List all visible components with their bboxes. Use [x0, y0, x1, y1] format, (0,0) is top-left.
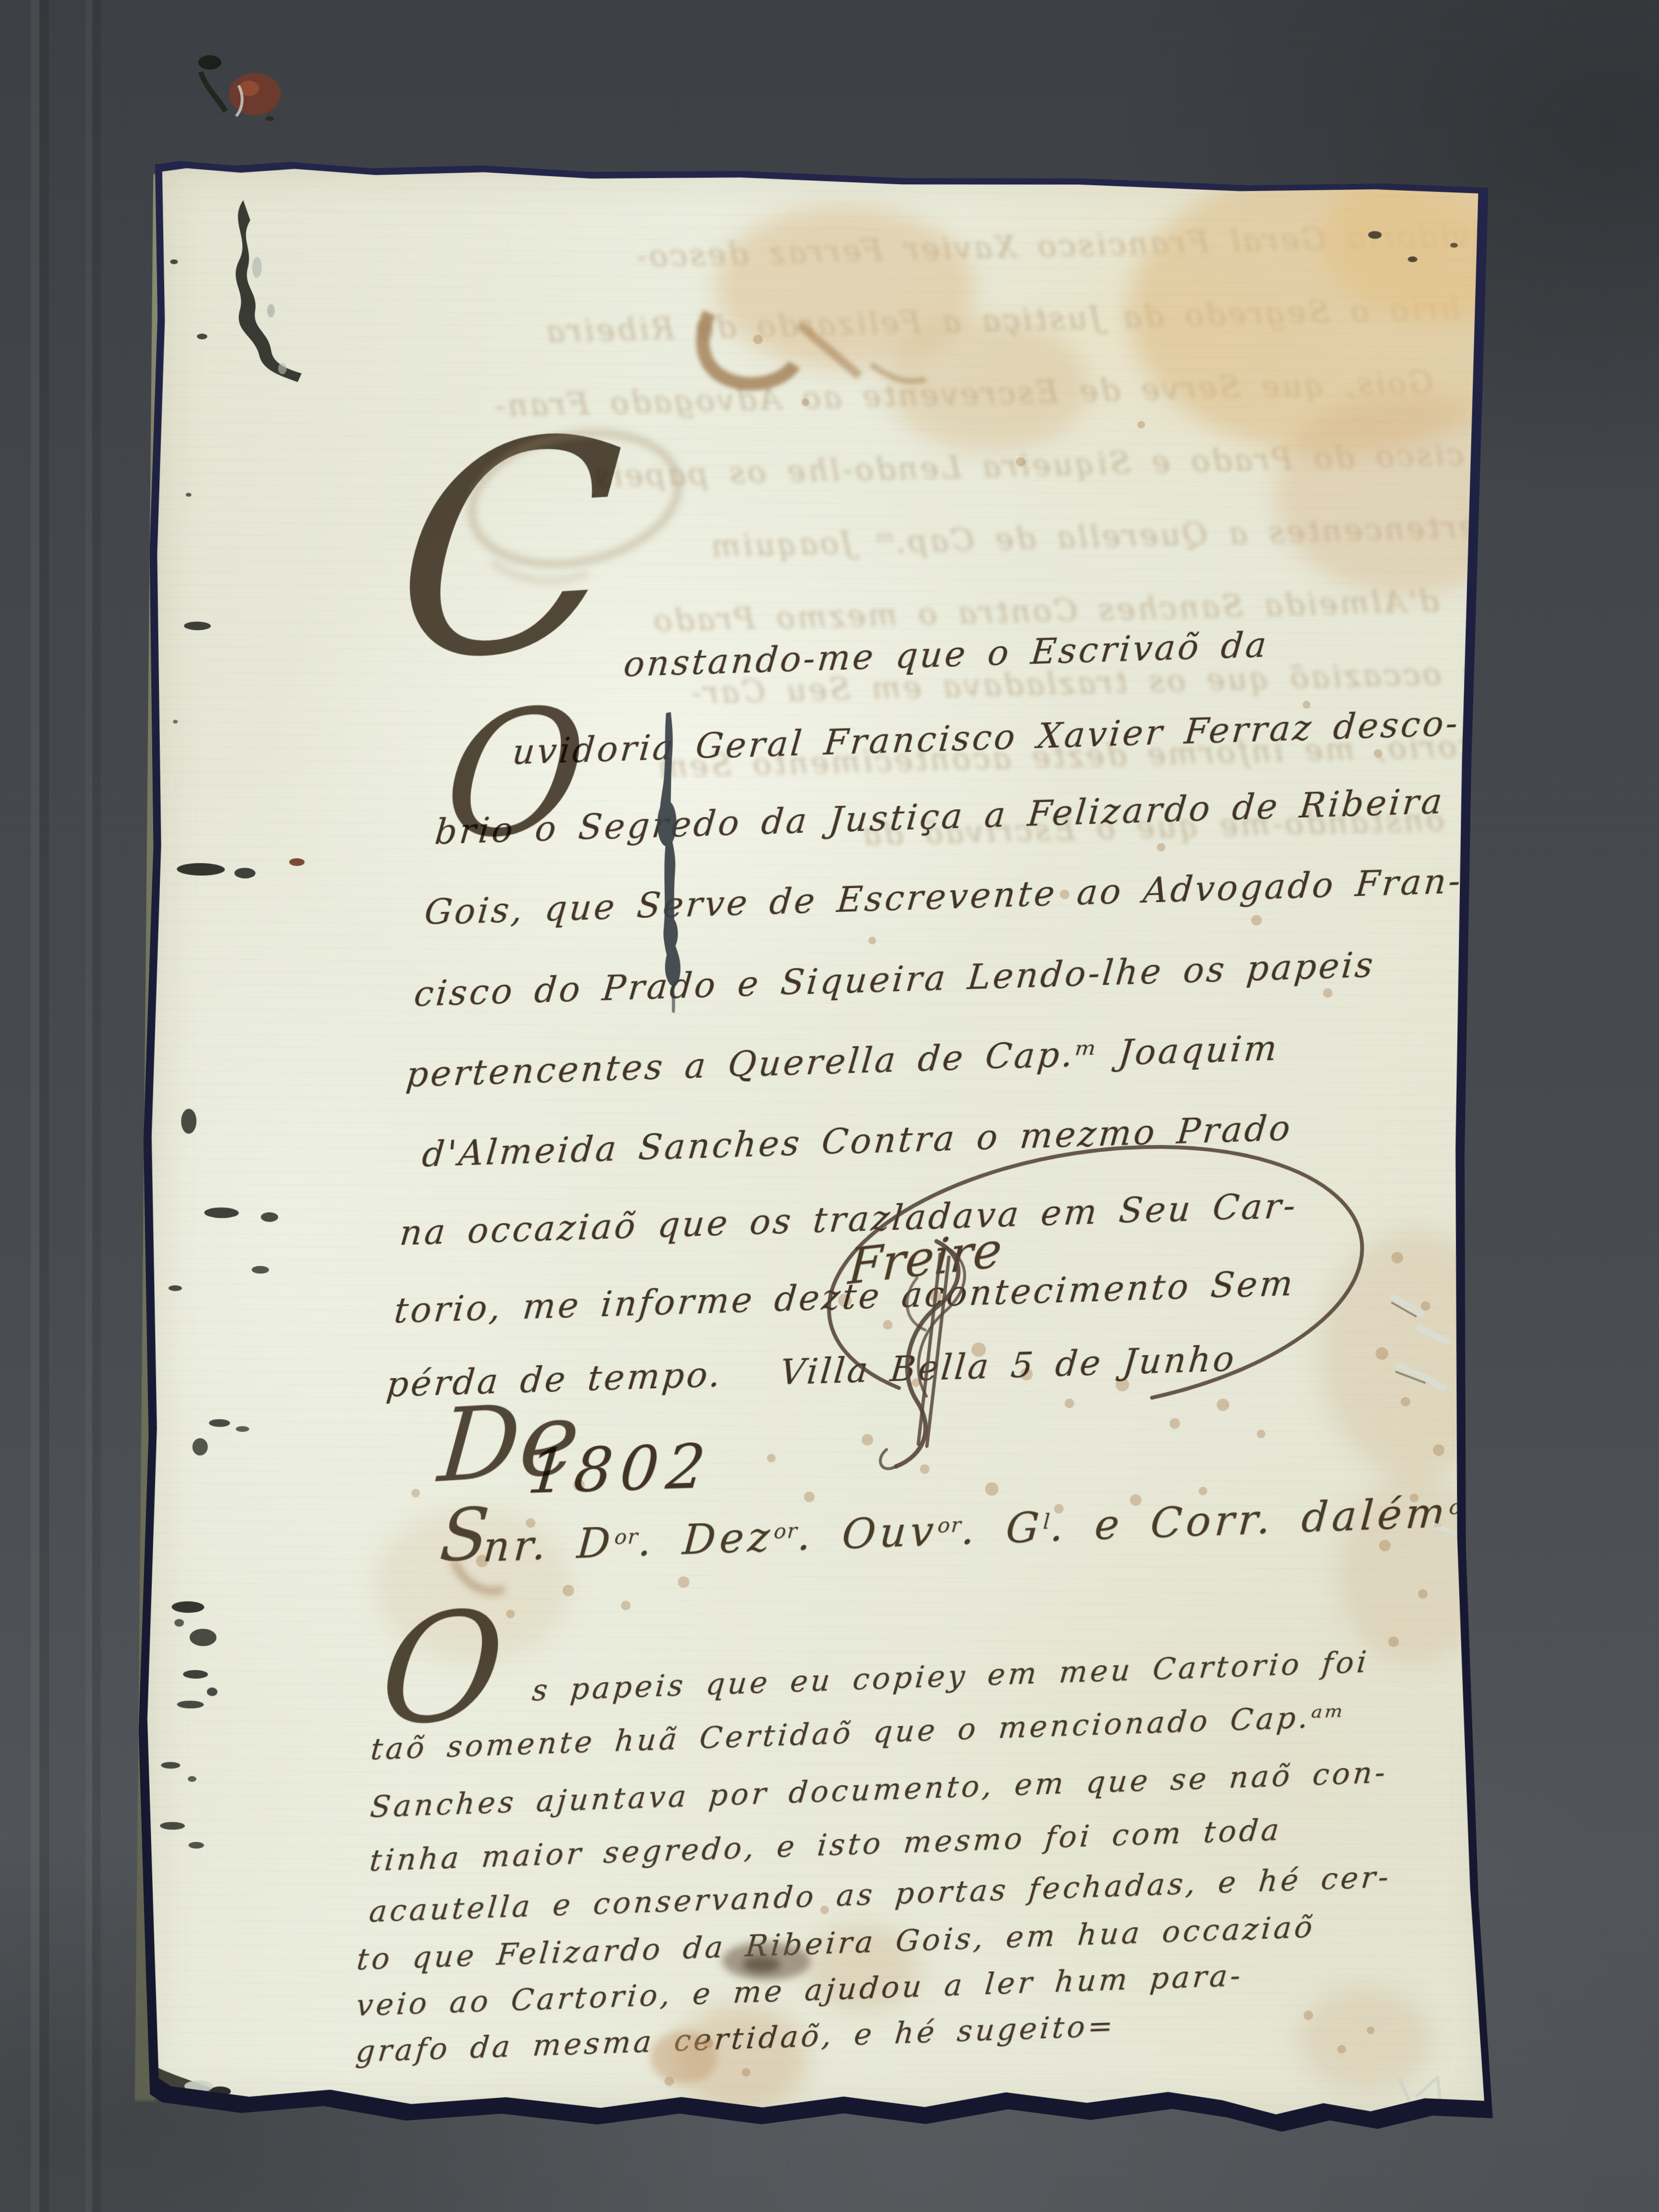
photo-backdrop: uvidoria Geral Francisco Xavier Ferraz d… [0, 0, 1659, 2212]
address-part: nr. D [481, 1519, 615, 1572]
address-part: . Dez [637, 1513, 775, 1566]
address-superscript: or [773, 1519, 799, 1544]
address-superscript: or [937, 1513, 963, 1538]
address-part: . Ouv [796, 1507, 939, 1561]
dateline-year: 1802 [525, 1431, 716, 1507]
spacer [721, 1384, 779, 1386]
manuscript-page: uvidoria Geral Francisco Xavier Ferraz d… [141, 166, 1511, 2120]
address-superscript: or [613, 1525, 639, 1550]
address-part: . G [960, 1503, 1045, 1554]
drop-cap-c: C [389, 428, 628, 673]
drop-cap-os: O [377, 1605, 508, 1732]
